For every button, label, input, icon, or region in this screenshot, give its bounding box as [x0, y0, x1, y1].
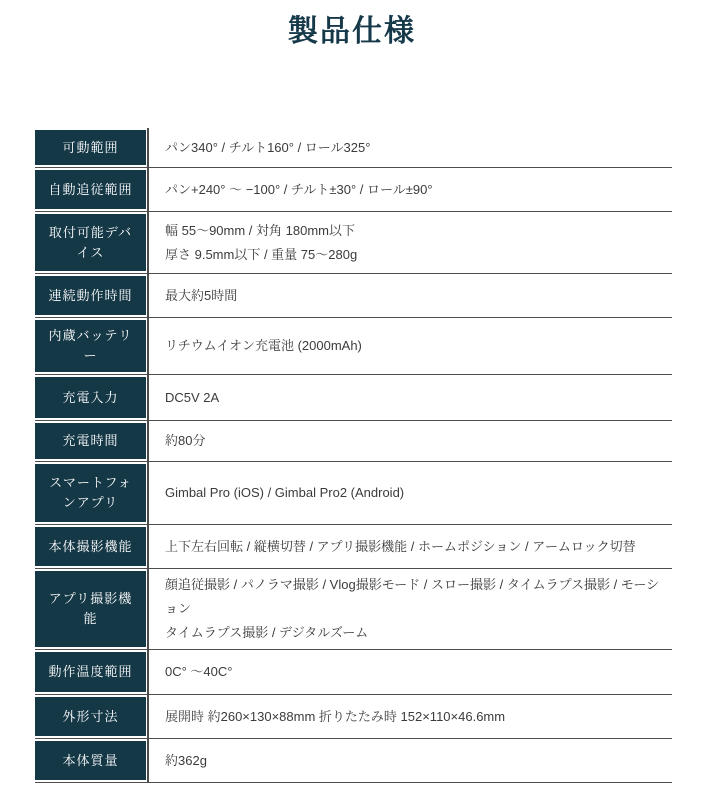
spec-row: 本体質量約362g [35, 739, 672, 783]
spec-label: 外形寸法 [35, 697, 146, 736]
spec-row: アプリ撮影機 能顔追従撮影 / パノラマ撮影 / Vlog撮影モード / スロー… [35, 569, 672, 650]
spec-value: 最大約5時間 [147, 274, 672, 317]
spec-label: 本体質量 [35, 741, 146, 780]
spec-row: 連続動作時間最大約5時間 [35, 274, 672, 318]
spec-label: 連続動作時間 [35, 276, 146, 315]
spec-label: 取付可能デバ イス [35, 214, 146, 271]
spec-row: 可動範囲パン340° / チルト160° / ロール325° [35, 128, 672, 168]
spec-value: 約80分 [147, 421, 672, 461]
spec-label: 可動範囲 [35, 130, 146, 165]
spec-row: 取付可能デバ イス幅 55～90mm / 対角 180mm以下 厚さ 9.5mm… [35, 212, 672, 274]
spec-label: アプリ撮影機 能 [35, 571, 146, 647]
page-title: 製品仕様 [0, 6, 704, 50]
spec-value: 幅 55～90mm / 対角 180mm以下 厚さ 9.5mm以下 / 重量 7… [147, 212, 672, 273]
spec-value: DC5V 2A [147, 375, 672, 420]
spec-row: 充電入力DC5V 2A [35, 375, 672, 421]
spec-label: 本体撮影機能 [35, 527, 146, 566]
spec-row: 外形寸法展開時 約260×130×88mm 折りたたみ時 152×110×46.… [35, 695, 672, 739]
spec-value: 上下左右回転 / 縦横切替 / アプリ撮影機能 / ホームポジション / アーム… [147, 525, 672, 568]
spec-label: スマートフォ ンアプリ [35, 464, 146, 522]
spec-label: 自動追従範囲 [35, 170, 146, 209]
spec-value: 約362g [147, 739, 672, 782]
spec-row: スマートフォ ンアプリGimbal Pro (iOS) / Gimbal Pro… [35, 462, 672, 525]
spec-value: 0C° ～40C° [147, 650, 672, 694]
spec-row: 充電時間約80分 [35, 421, 672, 462]
spec-label: 充電入力 [35, 377, 146, 418]
spec-value: Gimbal Pro (iOS) / Gimbal Pro2 (Android) [147, 462, 672, 524]
spec-label: 内蔵バッテリ ー [35, 320, 146, 372]
spec-value: リチウムイオン充電池 (2000mAh) [147, 318, 672, 374]
spec-row: 動作温度範囲0C° ～40C° [35, 650, 672, 695]
spec-value: 展開時 約260×130×88mm 折りたたみ時 152×110×46.6mm [147, 695, 672, 738]
spec-row: 自動追従範囲パン+240° ～ −100° / チルト±30° / ロール±90… [35, 168, 672, 212]
spec-value: 顔追従撮影 / パノラマ撮影 / Vlog撮影モード / スロー撮影 / タイム… [147, 569, 672, 649]
spec-row: 本体撮影機能上下左右回転 / 縦横切替 / アプリ撮影機能 / ホームポジション… [35, 525, 672, 569]
spec-value: パン+240° ～ −100° / チルト±30° / ロール±90° [147, 168, 672, 211]
spec-table: 可動範囲パン340° / チルト160° / ロール325°自動追従範囲パン+2… [35, 128, 672, 783]
spec-value: パン340° / チルト160° / ロール325° [147, 128, 672, 167]
spec-label: 動作温度範囲 [35, 652, 146, 692]
spec-label: 充電時間 [35, 423, 146, 459]
spec-row: 内蔵バッテリ ーリチウムイオン充電池 (2000mAh) [35, 318, 672, 375]
